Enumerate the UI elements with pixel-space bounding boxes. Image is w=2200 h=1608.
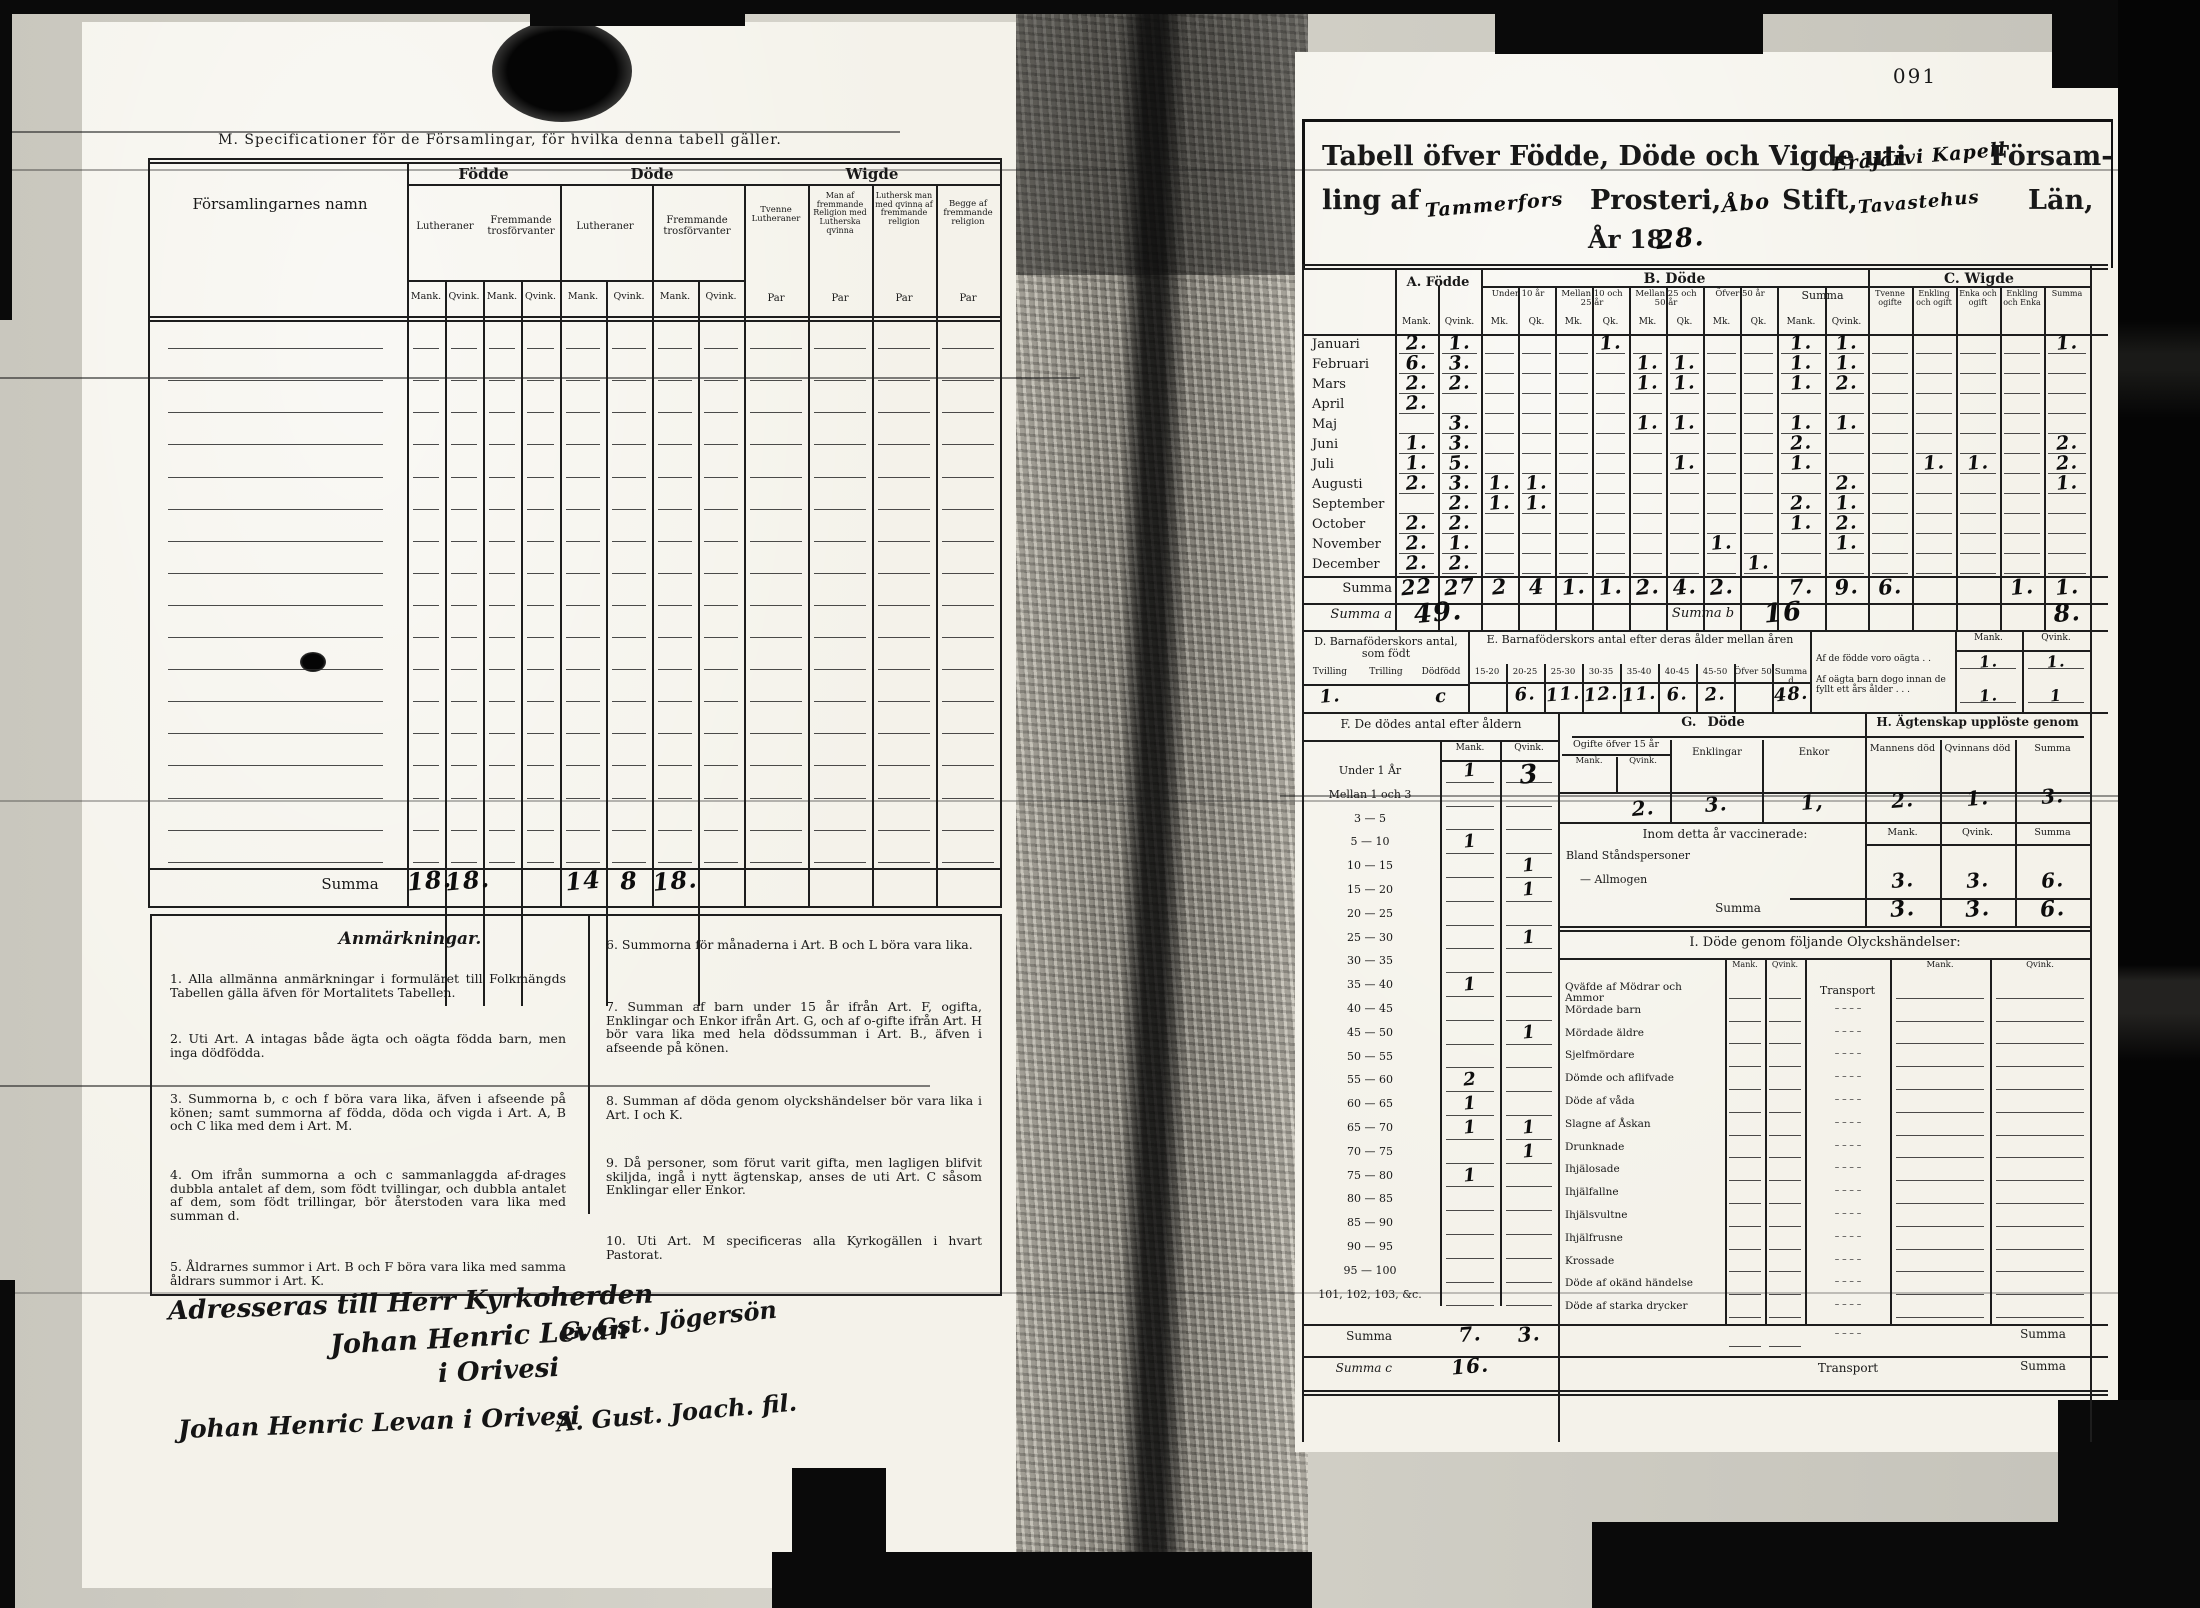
blank-entry-rule <box>1596 533 1625 534</box>
i-dash-filler: – – – – <box>1810 1164 1886 1174</box>
monthly-summa-label: Summa <box>1300 582 1392 596</box>
blank-entry-rule <box>1596 393 1625 394</box>
blank-entry-rule <box>1446 1258 1494 1259</box>
left-summa-value: 18. <box>406 864 446 896</box>
blank-entry-rule <box>1596 433 1625 434</box>
summa-c-vigde-value: 8. <box>2043 596 2091 629</box>
blank-entry-rule <box>1960 393 1996 394</box>
month-value: 1. <box>1774 370 1828 396</box>
left-group-underline <box>407 184 1000 186</box>
blank-entry-rule <box>1446 1305 1494 1306</box>
left-group-dode: Döde <box>560 166 744 182</box>
f-age-label: 85 — 90 <box>1306 1217 1434 1229</box>
monthly-summa-value: 22 <box>1392 572 1441 601</box>
blank-entry-rule <box>942 541 994 542</box>
blank-entry-rule <box>1769 1271 1801 1272</box>
blank-entry-rule <box>1872 493 1908 494</box>
blank-entry-rule <box>413 348 439 349</box>
blank-entry-rule <box>1506 1186 1552 1187</box>
blank-entry-rule <box>1729 1226 1761 1227</box>
g-ogifte-label: Ogifte öfver 15 år <box>1562 740 1670 750</box>
blank-entry-rule <box>1896 1317 1984 1318</box>
blank-entry-rule <box>1960 553 1996 554</box>
blank-entry-rule <box>1996 1066 2084 1067</box>
blank-entry-rule <box>1633 493 1662 494</box>
f-age-label: 20 — 25 <box>1306 908 1434 920</box>
blank-entry-rule <box>1446 925 1494 926</box>
section-f-title: F. De dödes antal efter åldern <box>1306 718 1556 731</box>
blank-entry-rule <box>168 798 383 799</box>
blank-entry-rule <box>413 605 439 606</box>
blank-entry-rule <box>1485 533 1514 534</box>
blank-entry-rule <box>878 573 930 574</box>
blank-entry-rule <box>704 637 738 638</box>
blank-entry-rule <box>1744 393 1773 394</box>
table-rule-v <box>1765 958 1767 1324</box>
blank-entry-rule <box>750 798 802 799</box>
blank-entry-rule <box>2004 553 2040 554</box>
blank-entry-rule <box>750 830 802 831</box>
blank-entry-rule <box>1522 553 1551 554</box>
i-dash-filler: – – – – <box>1810 1142 1886 1152</box>
blank-entry-rule <box>1485 433 1514 434</box>
blank-entry-rule <box>451 637 477 638</box>
blank-entry-rule <box>1769 1157 1801 1158</box>
blank-entry-rule <box>1896 1226 1984 1227</box>
table-rule-v <box>521 280 523 906</box>
blank-entry-rule <box>1872 473 1908 474</box>
vacc-col-underline <box>1865 844 2090 846</box>
ink-blot <box>492 20 632 122</box>
e-value: 6. <box>1505 682 1545 706</box>
blank-entry-rule <box>658 798 692 799</box>
scan-edge <box>2058 1400 2200 1608</box>
blank-entry-rule <box>1896 1271 1984 1272</box>
blank-entry-rule <box>527 830 554 831</box>
blank-entry-rule <box>1996 1180 2084 1181</box>
blank-entry-rule <box>878 444 930 445</box>
blank-entry-rule <box>1872 433 1908 434</box>
col-header: Qvink. <box>1825 318 1868 328</box>
blank-entry-rule <box>1522 413 1551 414</box>
e-value: 2. <box>1695 682 1735 706</box>
blank-entry-rule <box>814 733 866 734</box>
blank-entry-rule <box>1485 373 1514 374</box>
blank-entry-rule <box>658 701 692 702</box>
g-ogifte-mank-header: Mank. <box>1562 757 1616 766</box>
blank-entry-rule <box>1559 353 1588 354</box>
scan-edge <box>0 0 12 320</box>
blank-entry-rule <box>1872 553 1908 554</box>
blank-entry-rule <box>1896 1089 1984 1090</box>
table-rule-v <box>407 162 409 908</box>
blank-entry-rule <box>942 765 994 766</box>
left-header-bottom <box>148 316 1000 318</box>
blank-entry-rule <box>814 509 866 510</box>
i-dash-filler: – – – – <box>1810 1187 1886 1197</box>
blank-entry-rule <box>1596 513 1625 514</box>
blank-entry-rule <box>1916 493 1952 494</box>
blank-entry-rule <box>814 637 866 638</box>
blank-entry-rule <box>750 733 802 734</box>
month-value: 1. <box>1953 450 2003 476</box>
f-age-label: 75 — 80 <box>1306 1170 1434 1182</box>
blank-entry-rule <box>489 701 515 702</box>
blank-entry-rule <box>878 605 930 606</box>
blank-entry-rule <box>1559 433 1588 434</box>
i-mank-header: Mank. <box>1890 961 1990 970</box>
blank-entry-rule <box>566 444 600 445</box>
e-col-label: 20-25 <box>1506 668 1544 677</box>
right-table-bottom2 <box>1302 1394 2108 1396</box>
blank-entry-rule <box>451 701 477 702</box>
blank-entry-rule <box>814 798 866 799</box>
blank-entry-rule <box>1559 493 1588 494</box>
scan-edge <box>792 1468 886 1608</box>
blank-entry-rule <box>1559 513 1588 514</box>
blank-entry-rule <box>1729 998 1761 999</box>
c-underline <box>1868 286 2090 288</box>
blank-entry-rule <box>1769 1135 1801 1136</box>
f-value: 1 <box>1499 924 1559 950</box>
col-header: Qvink. <box>1438 318 1481 328</box>
blank-entry-rule <box>2048 553 2086 554</box>
i-dash-filler: – – – – <box>1810 1330 1886 1340</box>
blank-entry-rule <box>1996 1112 2084 1113</box>
blank-entry-rule <box>1769 1112 1801 1113</box>
blank-entry-rule <box>814 669 866 670</box>
blank-entry-rule <box>750 509 802 510</box>
blank-entry-rule <box>566 573 600 574</box>
blank-entry-rule <box>750 444 802 445</box>
blank-entry-rule <box>750 605 802 606</box>
left-par-header: Par <box>808 294 872 305</box>
left-summa-value: 18. <box>651 864 699 897</box>
i-row-label: Ihjälsvultne <box>1565 1210 1723 1221</box>
blank-entry-rule <box>1506 996 1552 997</box>
table-rule-v <box>1805 958 1807 1324</box>
blank-entry-rule <box>1996 1317 2084 1318</box>
blank-entry-rule <box>1670 553 1699 554</box>
month-value: 1. <box>1822 410 1871 436</box>
blank-entry-rule <box>942 701 994 702</box>
blank-entry-rule <box>168 509 383 510</box>
right-page-leftrule <box>1302 264 1304 1442</box>
blank-entry-rule <box>1446 1234 1494 1235</box>
i-dash-filler: – – – – <box>1810 1119 1886 1129</box>
f-age-label: Mellan 1 och 3 <box>1306 789 1434 801</box>
f-age-label: 40 — 45 <box>1306 1003 1434 1015</box>
blank-entry-rule <box>413 477 439 478</box>
book-fold-shadow <box>1120 0 1186 1608</box>
blank-entry-rule <box>1522 393 1551 394</box>
blank-entry-rule <box>566 412 600 413</box>
blank-entry-rule <box>1633 473 1662 474</box>
anmarkningar-paragraph: 10. Uti Art. M specificeras alla Kyrkogä… <box>606 1234 982 1261</box>
blank-entry-rule <box>658 412 692 413</box>
blank-entry-rule <box>413 765 439 766</box>
blank-entry-rule <box>489 412 515 413</box>
left-mank-header: Mank. <box>652 292 698 302</box>
blank-entry-rule <box>942 862 994 863</box>
blank-entry-rule <box>168 669 383 670</box>
blank-entry-rule <box>1996 1271 2084 1272</box>
blank-entry-rule <box>658 733 692 734</box>
blank-entry-rule <box>2004 433 2040 434</box>
blank-entry-rule <box>489 348 515 349</box>
blank-entry-rule <box>878 765 930 766</box>
blank-entry-rule <box>878 348 930 349</box>
i-dash-filler: – – – – <box>1810 1210 1886 1220</box>
blank-entry-rule <box>527 380 554 381</box>
b-sub-label: Mellan 10 och 25 år <box>1555 290 1629 308</box>
blank-entry-rule <box>1633 513 1662 514</box>
blank-entry-rule <box>489 477 515 478</box>
left-table-title: M. Specificationer för de Församlingar, … <box>180 133 820 148</box>
oakta-row-label: Af de födde voro oägta . . <box>1816 655 1956 665</box>
blank-entry-rule <box>814 541 866 542</box>
i-row-label: Ihjälfrusne <box>1565 1233 1723 1244</box>
blank-entry-rule <box>566 830 600 831</box>
left-summa-value: 8 <box>605 864 653 897</box>
blank-entry-rule <box>1996 1089 2084 1090</box>
i-dash-filler: – – – – <box>1810 1073 1886 1083</box>
blank-entry-rule <box>1896 1294 1984 1295</box>
blank-entry-rule <box>942 605 994 606</box>
table-rule-v <box>1734 664 1736 712</box>
blank-entry-rule <box>451 798 477 799</box>
g-enkor-label: Enkor <box>1764 748 1864 759</box>
blank-entry-rule <box>704 669 738 670</box>
month-value: 1. <box>2041 330 2093 356</box>
blank-entry-rule <box>1633 453 1662 454</box>
blank-entry-rule <box>612 605 646 606</box>
blank-entry-rule <box>942 477 994 478</box>
month-value: 1. <box>1909 450 1959 476</box>
blank-entry-rule <box>1896 1249 1984 1250</box>
blank-entry-rule <box>566 541 600 542</box>
e-col-label: Öfver 50 <box>1734 668 1772 677</box>
left-par-header: Par <box>744 294 808 305</box>
blank-entry-rule <box>168 380 383 381</box>
scanned-parish-register: 091 Tabell öfver Födde, Döde och Vigde u… <box>0 0 2200 1608</box>
blank-entry-rule <box>942 412 994 413</box>
f-age-label: 25 — 30 <box>1306 932 1434 944</box>
blank-entry-rule <box>527 798 554 799</box>
blank-entry-rule <box>658 765 692 766</box>
blank-entry-rule <box>612 798 646 799</box>
blank-entry-rule <box>704 380 738 381</box>
month-value: 2. <box>1392 390 1441 416</box>
blank-entry-rule <box>1872 533 1908 534</box>
blank-entry-rule <box>750 765 802 766</box>
blank-entry-rule <box>1996 1226 2084 1227</box>
blank-entry-rule <box>566 348 600 349</box>
blank-entry-rule <box>1506 829 1552 830</box>
blank-entry-rule <box>1916 573 1952 574</box>
blank-entry-rule <box>413 412 439 413</box>
blank-entry-rule <box>566 509 600 510</box>
vacc-title: Inom detta år vaccinerade: <box>1590 828 1860 841</box>
b-underline <box>1481 286 1868 288</box>
blank-entry-rule <box>451 669 477 670</box>
blank-entry-rule <box>658 509 692 510</box>
bottom-summa-line2 <box>1302 1356 2108 1358</box>
left-summa-value: 14 <box>559 864 607 897</box>
blank-entry-rule <box>1744 373 1773 374</box>
anmarkningar-paragraph: 3. Summorna b, c och f böra vara lika, ä… <box>170 1092 566 1133</box>
blank-entry-rule <box>878 412 930 413</box>
e-col-label: 25-30 <box>1544 668 1582 677</box>
blank-entry-rule <box>1996 1157 2084 1158</box>
f-age-label: 50 — 55 <box>1306 1051 1434 1063</box>
h-col-label: Qvinnans död <box>1940 744 2015 754</box>
blank-entry-rule <box>878 862 930 863</box>
col-header: Mk. <box>1481 318 1518 328</box>
table-rule-v <box>445 280 447 906</box>
table-rule-v <box>1990 958 1992 1324</box>
blank-entry-rule <box>1916 393 1952 394</box>
blank-entry-rule <box>750 348 802 349</box>
blank-entry-rule <box>1960 493 1996 494</box>
month-value: 1. <box>1663 450 1706 475</box>
e-col-label: 30-35 <box>1582 668 1620 677</box>
month-value: 1. <box>1822 530 1871 556</box>
i-row-label: Dömde och aflifvade <box>1565 1073 1723 1084</box>
section-a-header: A. Födde <box>1395 276 1481 290</box>
table-rule-v <box>1000 158 1002 908</box>
left-qvink-header: Qvink. <box>521 292 560 302</box>
e-value: 48. <box>1771 682 1811 706</box>
i-bottom-summa-label: Summa <box>2000 1328 2086 1341</box>
title-printed-2: Försam- <box>1990 142 2112 171</box>
blank-entry-rule <box>704 509 738 510</box>
blank-entry-rule <box>527 765 554 766</box>
table-rule-v <box>1890 958 1892 1324</box>
blank-entry-rule <box>566 733 600 734</box>
blank-entry-rule <box>413 573 439 574</box>
blank-entry-rule <box>1916 413 1952 414</box>
blank-entry-rule <box>168 765 383 766</box>
month-value: 1. <box>1663 410 1706 435</box>
blank-entry-rule <box>704 701 738 702</box>
blank-entry-rule <box>527 412 554 413</box>
blank-entry-rule <box>1485 453 1514 454</box>
blank-entry-rule <box>1559 413 1588 414</box>
i-transport-label: Transport <box>1805 985 1890 997</box>
blank-entry-rule <box>1744 413 1773 414</box>
blank-entry-rule <box>2048 513 2086 514</box>
h-underline <box>1872 736 2084 738</box>
month-label: Maj <box>1312 418 1432 432</box>
i-qvink-header: Qvink. <box>1990 961 2090 970</box>
blank-entry-rule <box>1896 1043 1984 1044</box>
blank-entry-rule <box>942 798 994 799</box>
blank-entry-rule <box>942 509 994 510</box>
blank-entry-rule <box>2004 393 2040 394</box>
blank-entry-rule <box>1769 1317 1801 1318</box>
blank-entry-rule <box>704 733 738 734</box>
section-h-title: H. Ägtenskap upplöste genom <box>1865 716 2090 729</box>
blank-entry-rule <box>527 348 554 349</box>
i-title-underline <box>1558 958 2090 960</box>
month-value: 2. <box>1435 370 1484 396</box>
blank-entry-rule <box>1996 1021 2084 1022</box>
blank-entry-rule <box>878 733 930 734</box>
blank-entry-rule <box>1996 1043 2084 1044</box>
blank-entry-rule <box>1960 513 1996 514</box>
anmarkningar-paragraph: 2. Uti Art. A intagas både ägta och oägt… <box>170 1032 566 1059</box>
blank-entry-rule <box>413 830 439 831</box>
i-row-label: Döde af starka drycker <box>1565 1301 1723 1312</box>
i-row-label: Döde af okänd händelse <box>1565 1278 1723 1289</box>
blank-entry-rule <box>413 862 439 863</box>
blank-entry-rule <box>1769 1043 1801 1044</box>
f-summa-c-label: Summa c <box>1290 1362 1392 1375</box>
blank-entry-rule <box>489 862 515 863</box>
page-number: 091 <box>1880 66 1950 88</box>
blank-entry-rule <box>1996 1203 2084 1204</box>
f-age-label: 55 — 60 <box>1306 1074 1434 1086</box>
blank-entry-rule <box>612 444 646 445</box>
blank-entry-rule <box>1506 1282 1552 1283</box>
blank-entry-rule <box>814 765 866 766</box>
blank-entry-rule <box>1506 1091 1552 1092</box>
blank-entry-rule <box>1707 413 1736 414</box>
blank-entry-rule <box>1872 373 1908 374</box>
e-value: 11. <box>1543 682 1583 706</box>
blank-entry-rule <box>612 380 646 381</box>
blank-entry-rule <box>942 637 994 638</box>
col-header: Mank. <box>1777 318 1825 328</box>
blank-entry-rule <box>814 862 866 863</box>
left-col-namn: Församlingarnes namn <box>160 196 400 212</box>
blank-entry-rule <box>612 348 646 349</box>
blank-entry-rule <box>1744 533 1773 534</box>
blank-entry-rule <box>942 573 994 574</box>
month-value: 1. <box>1663 370 1706 395</box>
left-sub-label: Lutheraner <box>562 222 648 233</box>
left-sub-underline <box>407 280 744 282</box>
blank-entry-rule <box>527 477 554 478</box>
blank-entry-rule <box>1781 553 1821 554</box>
e-col-label: 45-50 <box>1696 668 1734 677</box>
blank-entry-rule <box>1916 513 1952 514</box>
blank-entry-rule <box>1729 1157 1761 1158</box>
c-sub-label: Summa <box>2045 290 2089 299</box>
f-age-label: 90 — 95 <box>1306 1241 1434 1253</box>
blank-entry-rule <box>413 798 439 799</box>
blank-entry-rule <box>814 477 866 478</box>
blank-entry-rule <box>658 477 692 478</box>
left-header-bottom2 <box>148 320 1000 322</box>
blank-entry-rule <box>1707 473 1736 474</box>
i-qvink-header: Qvink. <box>1765 961 1805 970</box>
left-qvink-header: Qvink. <box>606 292 652 302</box>
section-g-title: G. Döde <box>1558 716 1868 730</box>
blank-entry-rule <box>1769 1021 1801 1022</box>
blank-entry-rule <box>878 637 930 638</box>
blank-entry-rule <box>527 701 554 702</box>
blank-entry-rule <box>527 509 554 510</box>
col-header: Qk. <box>1518 318 1555 328</box>
left-table-top2 <box>148 162 1000 164</box>
blank-entry-rule <box>1872 393 1908 394</box>
f-age-label: 70 — 75 <box>1306 1146 1434 1158</box>
monthly-summa-value: 2. <box>1700 572 1743 600</box>
blank-entry-rule <box>612 509 646 510</box>
blank-entry-rule <box>704 573 738 574</box>
